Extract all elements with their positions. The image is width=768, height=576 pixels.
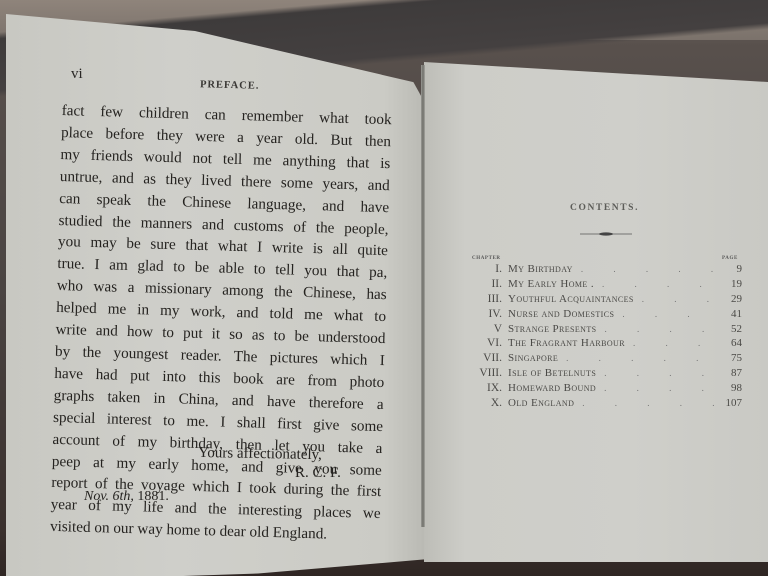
chapter-page: 29: [720, 292, 742, 307]
chapter-title: Homeward Bound: [508, 381, 596, 396]
signoff: Yours affectionately,: [198, 445, 322, 464]
toc-row: VII.Singapore. . . . . . . . .75: [468, 351, 742, 366]
toc-row: VIII.Isle of Betelnuts. . . . . . . . .8…: [468, 366, 742, 381]
chapter-number: II.: [468, 277, 508, 292]
chapter-title: Singapore: [508, 351, 558, 366]
toc-row: I.My Birthday. . . . . . . . .9: [468, 262, 742, 277]
chapter-page: 98: [720, 381, 742, 396]
chapter-title: My Early Home .: [508, 277, 594, 292]
book-gutter: [421, 65, 425, 527]
chapter-title: Isle of Betelnuts: [508, 366, 596, 381]
table-of-contents: I.My Birthday. . . . . . . . .9II.My Ear…: [468, 262, 742, 411]
chapter-page: 9: [720, 262, 742, 277]
dot-leader: . . . . . . . . .: [596, 366, 720, 381]
ornament-rule-icon: [580, 232, 632, 236]
date-year: 1881.: [137, 489, 169, 504]
chapter-page: 19: [720, 277, 742, 292]
toc-row: VI.The Fragrant Harbour. . . . . . . . .…: [468, 336, 742, 351]
toc-row: IV.Nurse and Domestics. . . . . . . . .4…: [468, 307, 742, 322]
toc-row: IX.Homeward Bound. . . . . . . . .98: [468, 381, 742, 396]
chapter-column-header: CHAPTER: [472, 256, 501, 261]
dot-leader: . . . . . . . . .: [594, 277, 720, 292]
chapter-number: IX.: [468, 381, 508, 396]
chapter-title: Old England: [508, 396, 574, 411]
chapter-title: Youthful Acquaintances: [508, 292, 634, 307]
contents-title: CONTENTS.: [570, 203, 639, 213]
dot-leader: . . . . . . . . .: [596, 381, 720, 396]
chapter-title: Nurse and Domestics: [508, 307, 614, 322]
chapter-number: IV.: [468, 307, 508, 322]
dot-leader: . . . . . . . . .: [573, 262, 720, 277]
date-italic: Nov. 6th,: [84, 489, 134, 504]
chapter-page: 75: [720, 351, 742, 366]
running-head: PREFACE.: [200, 79, 260, 92]
chapter-page: 107: [720, 396, 742, 411]
chapter-page: 87: [720, 366, 742, 381]
dot-leader: . . . . . . . . .: [558, 351, 720, 366]
dot-leader: . . . . . . . . .: [625, 336, 720, 351]
chapter-number: I.: [468, 262, 508, 277]
toc-row: X.Old England. . . . . . . . .107: [468, 396, 742, 411]
dot-leader: . . . . . . . . .: [614, 307, 720, 322]
page-column-header: PAGE: [722, 256, 738, 261]
dot-leader: . . . . . . . . .: [597, 322, 721, 337]
chapter-title: Strange Presents: [508, 322, 597, 337]
chapter-number: VII.: [468, 351, 508, 366]
chapter-number: III.: [468, 292, 508, 307]
chapter-number: V: [468, 322, 508, 337]
toc-row: III.Youthful Acquaintances. . . . . . . …: [468, 292, 742, 307]
chapter-number: VI.: [468, 336, 508, 351]
dot-leader: . . . . . . . . .: [634, 292, 720, 307]
chapter-page: 41: [720, 307, 742, 322]
preface-date: Nov. 6th, 1881.: [84, 489, 169, 505]
chapter-title: My Birthday: [508, 262, 573, 277]
chapter-page: 52: [720, 322, 742, 337]
toc-row: II.My Early Home .. . . . . . . . .19: [468, 277, 742, 292]
chapter-title: The Fragrant Harbour: [508, 336, 625, 351]
page-number: vi: [71, 66, 83, 83]
toc-row: VStrange Presents. . . . . . . . .52: [468, 322, 742, 337]
author-initials: R. C. F.: [295, 465, 341, 482]
chapter-number: X.: [468, 396, 508, 411]
chapter-page: 64: [720, 336, 742, 351]
chapter-number: VIII.: [468, 366, 508, 381]
dot-leader: . . . . . . . . .: [574, 396, 720, 411]
